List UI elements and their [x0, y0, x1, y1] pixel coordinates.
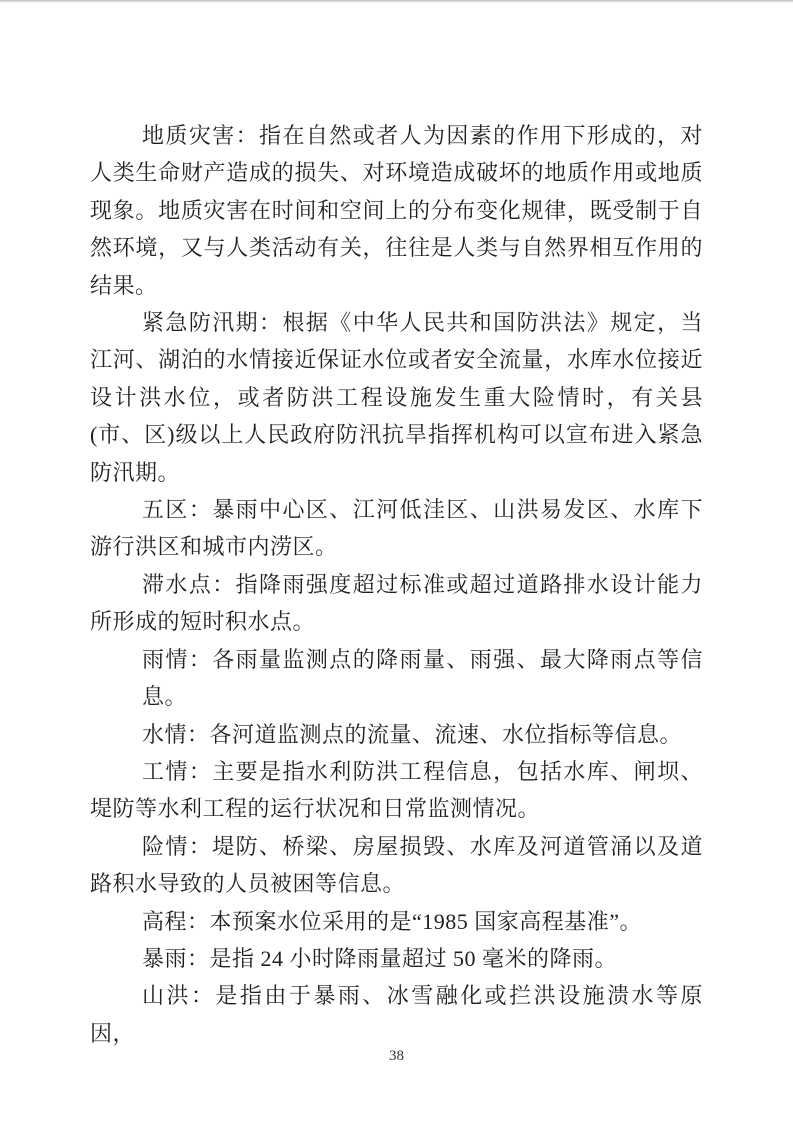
paragraph-ponding-point: 滞水点：指降雨强度超过标准或超过道路排水设计能力所形成的短时积水点。	[90, 566, 703, 641]
paragraph-elevation: 高程：本预案水位采用的是“1985 国家高程基准”。	[90, 903, 703, 940]
text-block: 地质灾害：指在自然或者人为因素的作用下形成的，对人类生命财产造成的损失、对环境造…	[90, 117, 703, 1052]
paragraph-rainstorm: 暴雨：是指 24 小时降雨量超过 50 毫米的降雨。	[90, 940, 703, 977]
page-number: 38	[389, 1048, 404, 1064]
paragraph-five-zones: 五区：暴雨中心区、江河低洼区、山洪易发区、水库下游行洪区和城市内涝区。	[90, 491, 703, 566]
paragraph-geological-disaster: 地质灾害：指在自然或者人为因素的作用下形成的，对人类生命财产造成的损失、对环境造…	[90, 117, 703, 304]
paragraph-emergency-flood-period: 紧急防汛期：根据《中华人民共和国防洪法》规定，当江河、湖泊的水情接近保证水位或者…	[90, 304, 703, 491]
paragraph-water-condition: 水情：各河道监测点的流量、流速、水位指标等信息。	[90, 716, 703, 753]
page-top-edge	[0, 0, 793, 3]
paragraph-rain-condition: 雨情：各雨量监测点的降雨量、雨强、最大降雨点等信息。	[142, 641, 703, 716]
document-page: 地质灾害：指在自然或者人为因素的作用下形成的，对人类生命财产造成的损失、对环境造…	[0, 0, 793, 1121]
paragraph-mountain-flood: 山洪：是指由于暴雨、冰雪融化或拦洪设施溃水等原因，	[90, 977, 703, 1052]
paragraph-danger-condition: 险情：堤防、桥梁、房屋损毁、水库及河道管涌以及道路积水导致的人员被困等信息。	[90, 828, 703, 903]
page-footer: 38	[0, 1048, 793, 1065]
paragraph-engineering-condition: 工情：主要是指水利防洪工程信息，包括水库、闸坝、堤防等水利工程的运行状况和日常监…	[90, 753, 703, 828]
